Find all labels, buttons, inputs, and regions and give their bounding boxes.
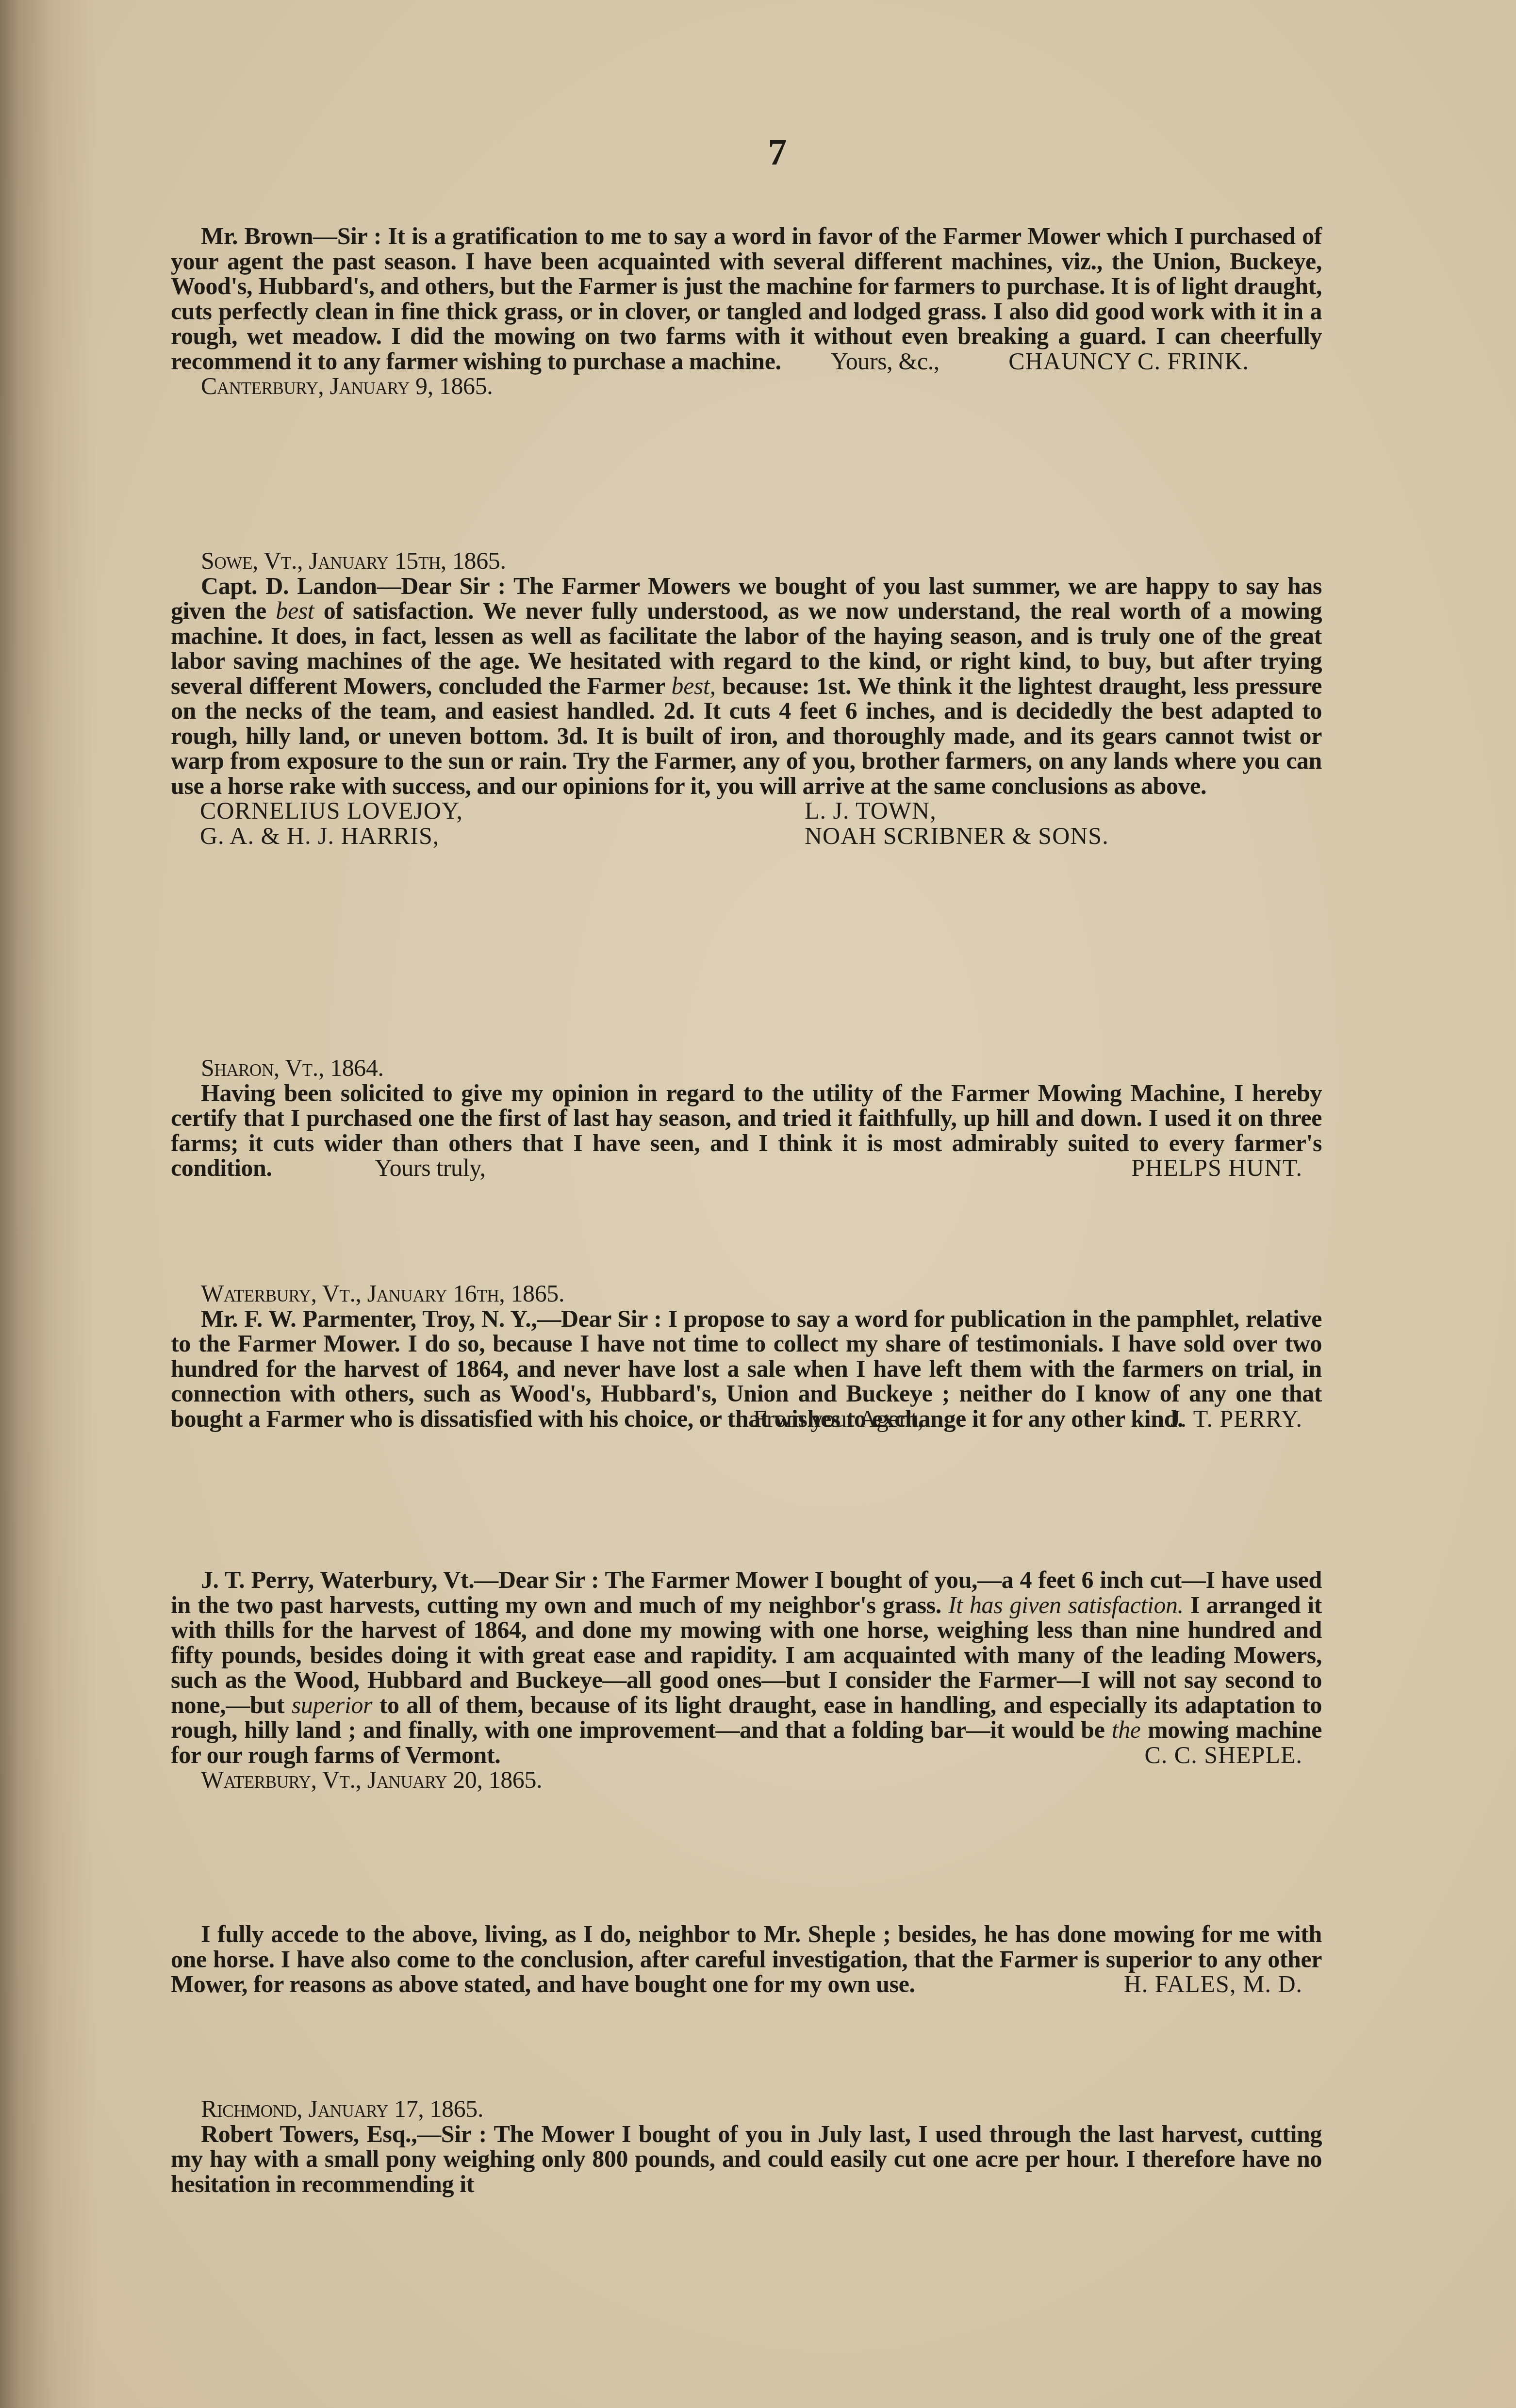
- salutation: Mr. F. W. Parmenter, Troy, N. Y.,—Dear S…: [201, 1305, 662, 1332]
- salutation: Mr. Brown—Sir :: [201, 222, 381, 249]
- letter-body: Mr. F. W. Parmenter, Troy, N. Y.,—Dear S…: [171, 1306, 1322, 1432]
- dateline: Canterbury, January 9, 1865.: [171, 374, 1322, 399]
- signature-list: CORNELIUS LOVEJOY, L. J. TOWN, G. A. & H…: [171, 798, 1322, 848]
- signature: J. T. PERRY.: [1170, 1406, 1302, 1432]
- page-number: 7: [0, 130, 1516, 174]
- dateline: Sharon, Vt., 1864.: [171, 1056, 1322, 1081]
- closing: Yours truly,: [375, 1155, 486, 1181]
- dateline: Waterbury, Vt., January 16th, 1865.: [171, 1281, 1322, 1306]
- letter-towers: Richmond, January 17, 1865. Robert Tower…: [171, 2096, 1322, 2196]
- letter-hunt: Sharon, Vt., 1864. Having been solicited…: [171, 1056, 1322, 1181]
- dateline: Sowe, Vt., January 15th, 1865.: [171, 548, 1322, 574]
- letter-frink: Mr. Brown—Sir : It is a gratification to…: [171, 224, 1322, 399]
- signature: C. C. SHEPLE.: [1144, 1743, 1302, 1768]
- letter-sheple: J. T. Perry, Waterbury, Vt.—Dear Sir : T…: [171, 1567, 1322, 1793]
- signature: CHAUNCY C. FRINK.: [1008, 349, 1249, 374]
- salutation: Capt. D. Landon—Dear Sir :: [201, 572, 506, 599]
- letter-body: J. T. Perry, Waterbury, Vt.—Dear Sir : T…: [171, 1567, 1322, 1767]
- closing: From your Agent,: [753, 1406, 923, 1432]
- letter-perry: Waterbury, Vt., January 16th, 1865. Mr. …: [171, 1281, 1322, 1431]
- dateline: Richmond, January 17, 1865.: [171, 2096, 1322, 2122]
- signoff: Yours truly, PHELPS HUNT.: [375, 1155, 1322, 1181]
- document-page: 7 Mr. Brown—Sir : It is a gratification …: [0, 0, 1516, 2408]
- letter-lovejoy: Sowe, Vt., January 15th, 1865. Capt. D. …: [171, 548, 1322, 848]
- signature: G. A. & H. J. HARRIS,: [200, 824, 761, 849]
- dateline: Waterbury, Vt., January 20, 1865.: [171, 1767, 1322, 1793]
- closing: Yours, &c.,: [831, 349, 939, 374]
- signature: CORNELIUS LOVEJOY,: [200, 798, 761, 824]
- signature: H. FALES, M. D.: [1124, 1972, 1302, 1997]
- signature: L. J. TOWN,: [761, 798, 1322, 824]
- letter-body: Capt. D. Landon—Dear Sir : The Farmer Mo…: [171, 574, 1322, 799]
- letter-fales: I fully accede to the above, living, as …: [171, 1922, 1322, 1997]
- salutation: J. T. Perry, Waterbury, Vt.—Dear Sir :: [201, 1566, 599, 1593]
- signature: PHELPS HUNT.: [1131, 1155, 1302, 1181]
- letter-body: Robert Towers, Esq.,—Sir : The Mower I b…: [171, 2122, 1322, 2197]
- salutation: Robert Towers, Esq.,—Sir :: [201, 2120, 487, 2147]
- signature: NOAH SCRIBNER & SONS.: [761, 824, 1322, 849]
